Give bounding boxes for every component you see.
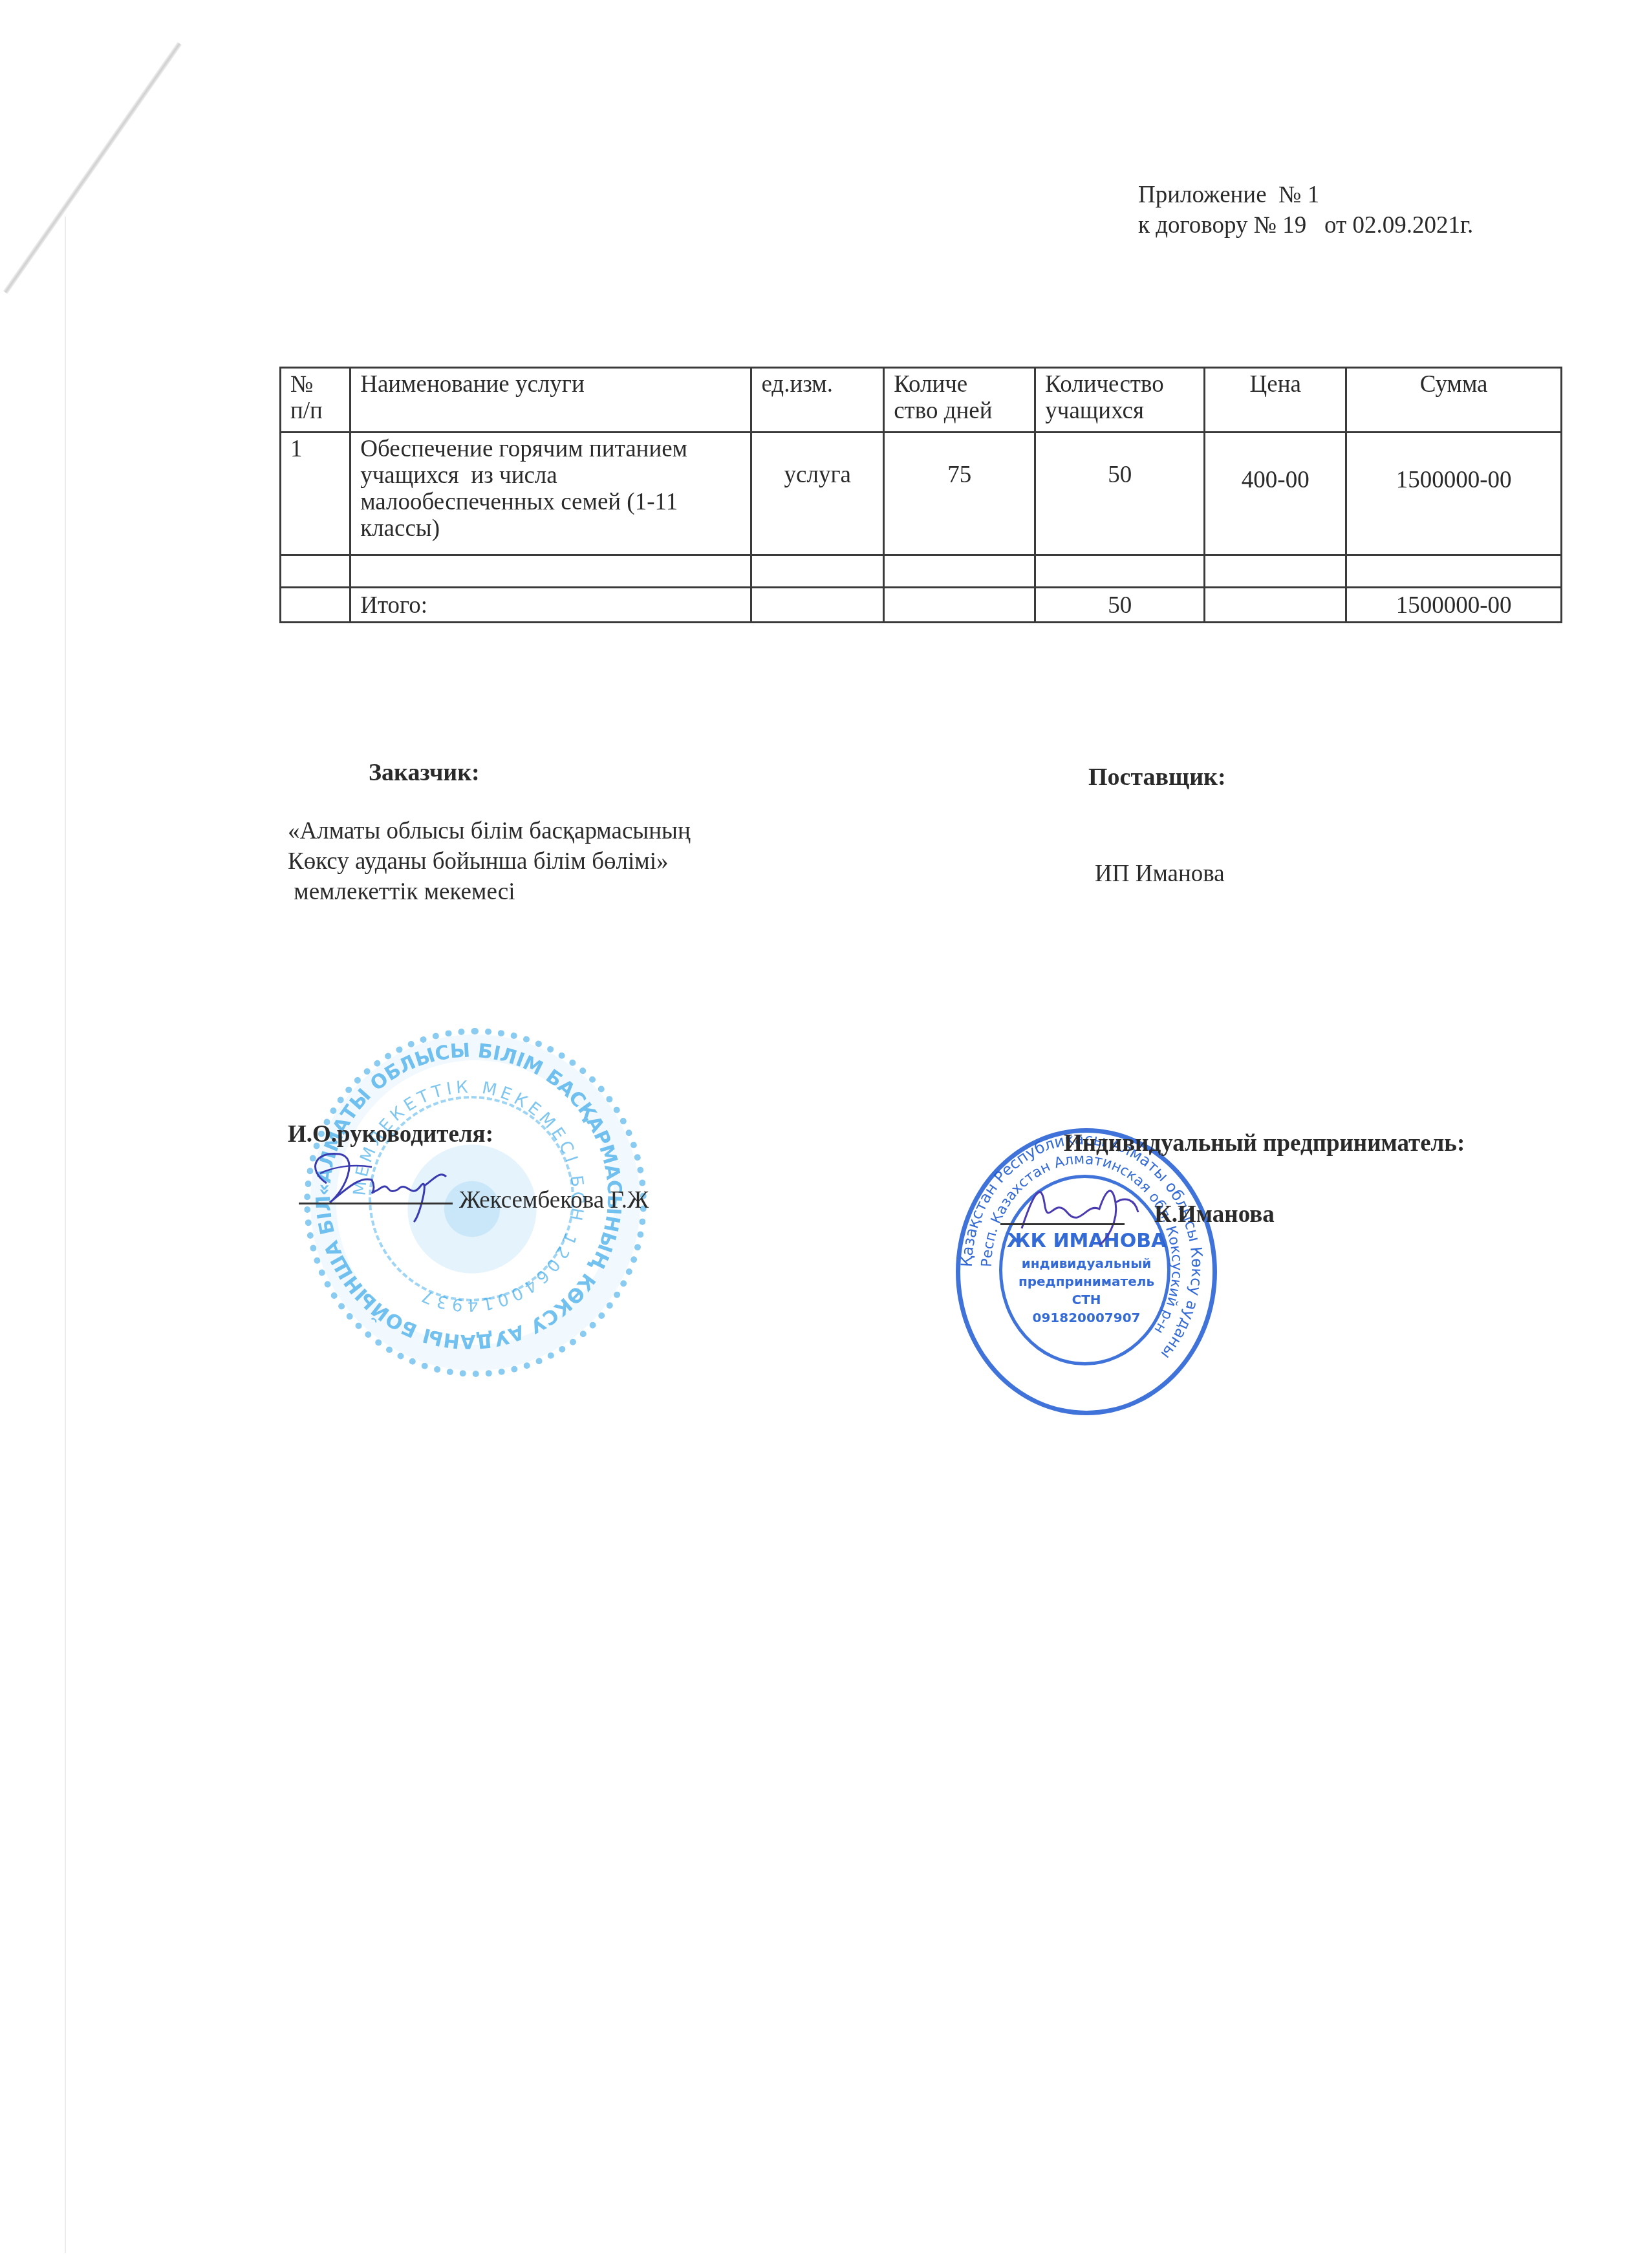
cell-service-name: Обеспечение горячим питанием учащихся из… [350, 433, 751, 555]
svg-text:Қазақстан Республикасы Алматы: Қазақстан Республикасы Алматы облысы Көк… [958, 1130, 1206, 1363]
supplier-signature-line [1000, 1223, 1125, 1225]
appendix-header: Приложение № 1 к договору № 19 от 02.09.… [1138, 180, 1473, 241]
cell-unit: услуга [751, 433, 884, 555]
svg-text:Респ. Казахстан Алматинская об: Респ. Казахстан Алматинская обл. Коксуск… [979, 1151, 1185, 1336]
customer-signature-line [299, 1203, 453, 1204]
cell-sum: 1500000-00 [1346, 433, 1562, 555]
supplier-label: Поставщик: [1088, 763, 1226, 791]
supplier-name: ИП Иманова [1095, 859, 1225, 889]
column-header-days: Количе ство дней [884, 368, 1035, 433]
column-header-sum: Сумма [1346, 368, 1562, 433]
column-header-price: Цена [1205, 368, 1346, 433]
total-sum: 1500000-00 [1346, 588, 1562, 623]
supplier-stamp: Қазақстан Республикасы Алматы облысы Көк… [956, 1128, 1217, 1415]
total-label: Итого: [350, 588, 751, 623]
supplier-signature-icon [1009, 1177, 1151, 1248]
scan-edge-artifact [3, 42, 182, 294]
column-header-number: № п/п [281, 368, 350, 433]
column-header-students: Количество учащихся [1035, 368, 1205, 433]
customer-signature-icon [301, 1144, 462, 1228]
supplier-signer-name: К.Иманова [1154, 1201, 1275, 1228]
column-header-service-name: Наименование услуги [350, 368, 751, 433]
cell-students: 50 [1035, 433, 1205, 555]
customer-name: «Алматы облысы білім басқармасыныңКөксу … [288, 816, 691, 907]
table-header-row: № п/п Наименование услуги ед.изм. Количе… [281, 368, 1562, 433]
contract-reference: к договору № 19 от 02.09.2021г. [1138, 210, 1473, 241]
table-row-empty [281, 555, 1562, 588]
customer-label: Заказчик: [369, 758, 480, 787]
customer-signer-name: Жексембекова Г.Ж [459, 1186, 649, 1214]
cell-days: 75 [884, 433, 1035, 555]
scan-edge-artifact [65, 217, 66, 2253]
customer-signer-title: И.О.руководителя: [288, 1120, 493, 1148]
supplier-signer-title: Индивидуальный предприниматель: [1064, 1129, 1465, 1157]
total-students: 50 [1035, 588, 1205, 623]
services-table: № п/п Наименование услуги ед.изм. Количе… [279, 367, 1562, 623]
column-header-unit: ед.изм. [751, 368, 884, 433]
stamp-ring-text: Қазақстан Республикасы Алматы облысы Көк… [956, 1128, 1208, 1406]
cell-price: 400-00 [1205, 433, 1346, 555]
cell-number: 1 [281, 433, 350, 555]
appendix-number: Приложение № 1 [1138, 180, 1473, 210]
table-total-row: Итого: 50 1500000-00 [281, 588, 1562, 623]
table-row: 1 Обеспечение горячим питанием учащихся … [281, 433, 1562, 555]
